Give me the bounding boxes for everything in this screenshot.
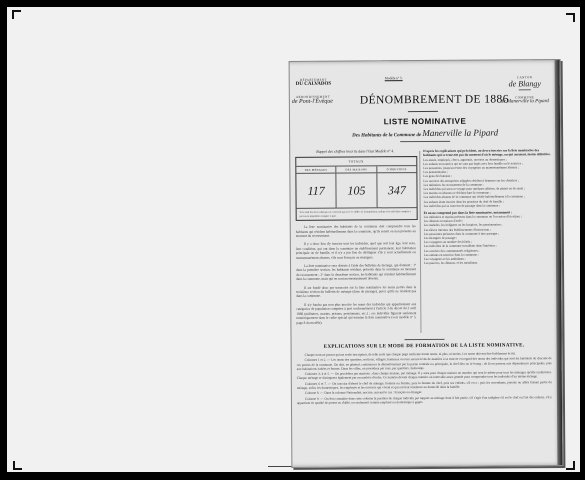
- canton-block: CANTON de Blangy: [495, 75, 555, 91]
- instruction-paragraph: Il n'y faudra pas non plus inscrire les …: [296, 302, 416, 325]
- column-header-menages: DES MÉNAGES: [296, 167, 336, 173]
- rappel-caption: Rappel des chiffres inscrits dans l'état…: [295, 149, 415, 154]
- crop-mark-bottom-right-icon: [566, 461, 575, 470]
- totals-table-values: 117 105 347: [296, 173, 416, 209]
- right-column: D'après les explications qui précèdent, …: [423, 148, 552, 265]
- commune-block: COMMUNE de Manerville la Pipard: [495, 95, 555, 104]
- section-separator: [404, 339, 444, 340]
- explanation-paragraph: Colonnes 3, 4 et 5. — On procèdera par m…: [297, 370, 552, 380]
- instruction-paragraph: La liste nominative des habitants de la …: [296, 224, 416, 238]
- department-block: DÉPARTEMENT DU CALVADOS: [296, 78, 331, 87]
- crop-mark-top-left-icon: [12, 10, 21, 19]
- explanations-title: EXPLICATIONS SUR LE MODE DE FORMATION DE…: [297, 343, 552, 350]
- value-maisons: 105: [337, 173, 378, 207]
- list-item: Les pauvres, les détenus, et les mendian…: [424, 260, 552, 265]
- habitants-prefix: Des Habitants de la Commune de: [352, 133, 421, 138]
- modele-number: Modèle nº 5.: [385, 76, 403, 80]
- instruction-paragraph: La liste nominative sera divisée à l'aid…: [296, 263, 416, 281]
- census-sheet: DÉPARTEMENT DU CALVADOS ARRONDISSEMENT d…: [289, 59, 564, 468]
- commune-handwritten: Manerville la Pipard: [422, 127, 498, 138]
- column-divider: [419, 151, 421, 333]
- liste-title: LISTE NOMINATIVE: [290, 116, 560, 127]
- document-header: DÉPARTEMENT DU CALVADOS ARRONDISSEMENT d…: [290, 60, 560, 117]
- explanation-paragraph: Colonnes 6 et 7. — On inscrira d'abord l…: [297, 380, 552, 390]
- liste-nominative-heading: LISTE NOMINATIVE Des Habitants de la Com…: [290, 115, 560, 147]
- explanations-section: EXPLICATIONS SUR LE MODE DE FORMATION DE…: [297, 338, 552, 406]
- arrondissement-value: de Pont-l'Évêque: [292, 99, 333, 105]
- decorative-rule: [400, 141, 450, 142]
- list-item: Les individus qui se trouvent de passage…: [424, 203, 552, 208]
- totals-table: TOTAUX DES MÉNAGES DES MAISONS D'INDIVID…: [295, 156, 417, 221]
- value-menages: 117: [296, 174, 337, 208]
- right-column-intro: D'après les explications qui précèdent, …: [423, 148, 551, 157]
- canton-value: de Blangy: [495, 79, 555, 88]
- habitants-line: Des Habitants de la Commune de Manervill…: [290, 127, 560, 139]
- column-header-maisons: DES MAISONS: [337, 166, 377, 172]
- explanation-paragraph: Colonnes 1 et 2. — Les noms des quartier…: [297, 356, 552, 371]
- canton-rule: [519, 89, 531, 90]
- title-rule: [408, 111, 438, 112]
- value-individus: 347: [377, 173, 417, 207]
- column-header-individus: D'INDIVIDUS: [377, 166, 416, 172]
- instruction-paragraph: Il y a donc lieu d'y inscrire tous les i…: [296, 241, 416, 259]
- department-value: DU CALVADOS: [296, 82, 331, 87]
- commune-value: de Manerville la Pipard: [495, 99, 555, 104]
- page-title: DÉNOMBREMENT DE 1886: [360, 93, 509, 106]
- crop-mark-bottom-left-icon: [13, 461, 22, 470]
- totals-note: Si le total des deux rubriques ne concor…: [297, 208, 417, 220]
- explanation-paragraph: Colonne 9. — On fera connaître dans cett…: [297, 395, 552, 405]
- crop-mark-top-right-icon: [566, 13, 575, 22]
- left-column: Rappel des chiffres inscrits dans l'état…: [295, 149, 416, 325]
- instruction-paragraph: Il est fondé donc par transcrire sur la …: [296, 285, 416, 299]
- arrondissement-block: ARRONDISSEMENT de Pont-l'Évêque: [292, 95, 333, 105]
